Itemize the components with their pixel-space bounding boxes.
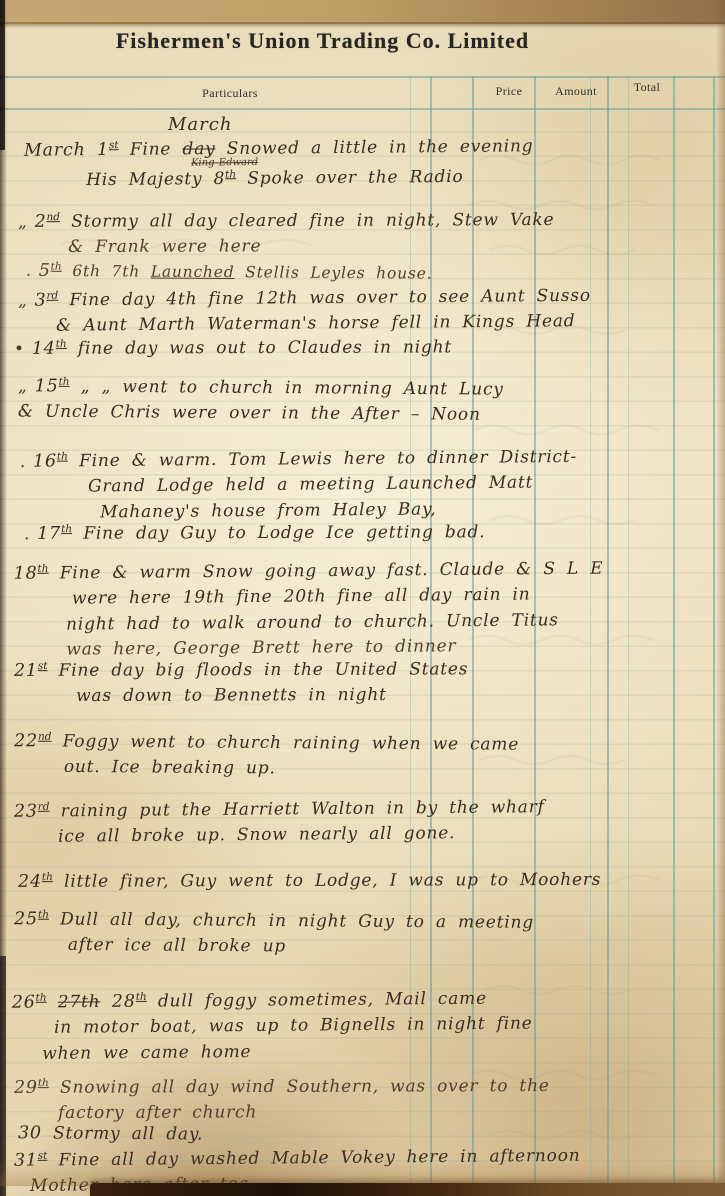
diary-entry-march-31: 31st Fine all day washed Mable Vokey her… [14, 1138, 721, 1196]
diary-entry-march-14: •14th fine day was out to Claudes in nig… [14, 330, 721, 363]
diary-entry-march-23: 23rd raining put the Harriett Walton in … [14, 789, 721, 851]
diary-entry-march-21: 21st Fine day big floods in the United S… [14, 652, 721, 710]
inserted-annotation: King Edward [191, 150, 258, 176]
diary-entry-march-18: 18th Fine & warm Snow going away fast. C… [14, 551, 722, 664]
diary-entry-march-24: 24th little finer, Guy went to Lodge, I … [18, 863, 721, 896]
diary-entry-march-25: 25th Dull all day, church in night Guy t… [14, 903, 721, 964]
diary-entry-march-26-27-28: 26th 27th 28th dull foggy sometimes, Mai… [12, 980, 722, 1067]
struck-date: 27th [58, 992, 101, 1012]
diary-entry-march-16: .16th Fine & warm. Tom Lewis here to din… [20, 439, 722, 526]
diary-entry-march-17: .17th Fine day Guy to Lodge Ice getting … [24, 515, 721, 548]
ledger-page: Fishermen's Union Trading Co. Limited Pa… [0, 0, 725, 1196]
diary-entry-march-2: „2nd Stormy all day cleared fine in nigh… [18, 203, 721, 261]
diary-entry-march-1: March 1st Fine day Snowed a little in th… [24, 128, 721, 194]
diary-entry-march-22: 22nd Foggy went to church raining when w… [14, 725, 721, 786]
diary-entry-march-15: „15th „ „ went to church in morning Aunt… [18, 370, 721, 431]
